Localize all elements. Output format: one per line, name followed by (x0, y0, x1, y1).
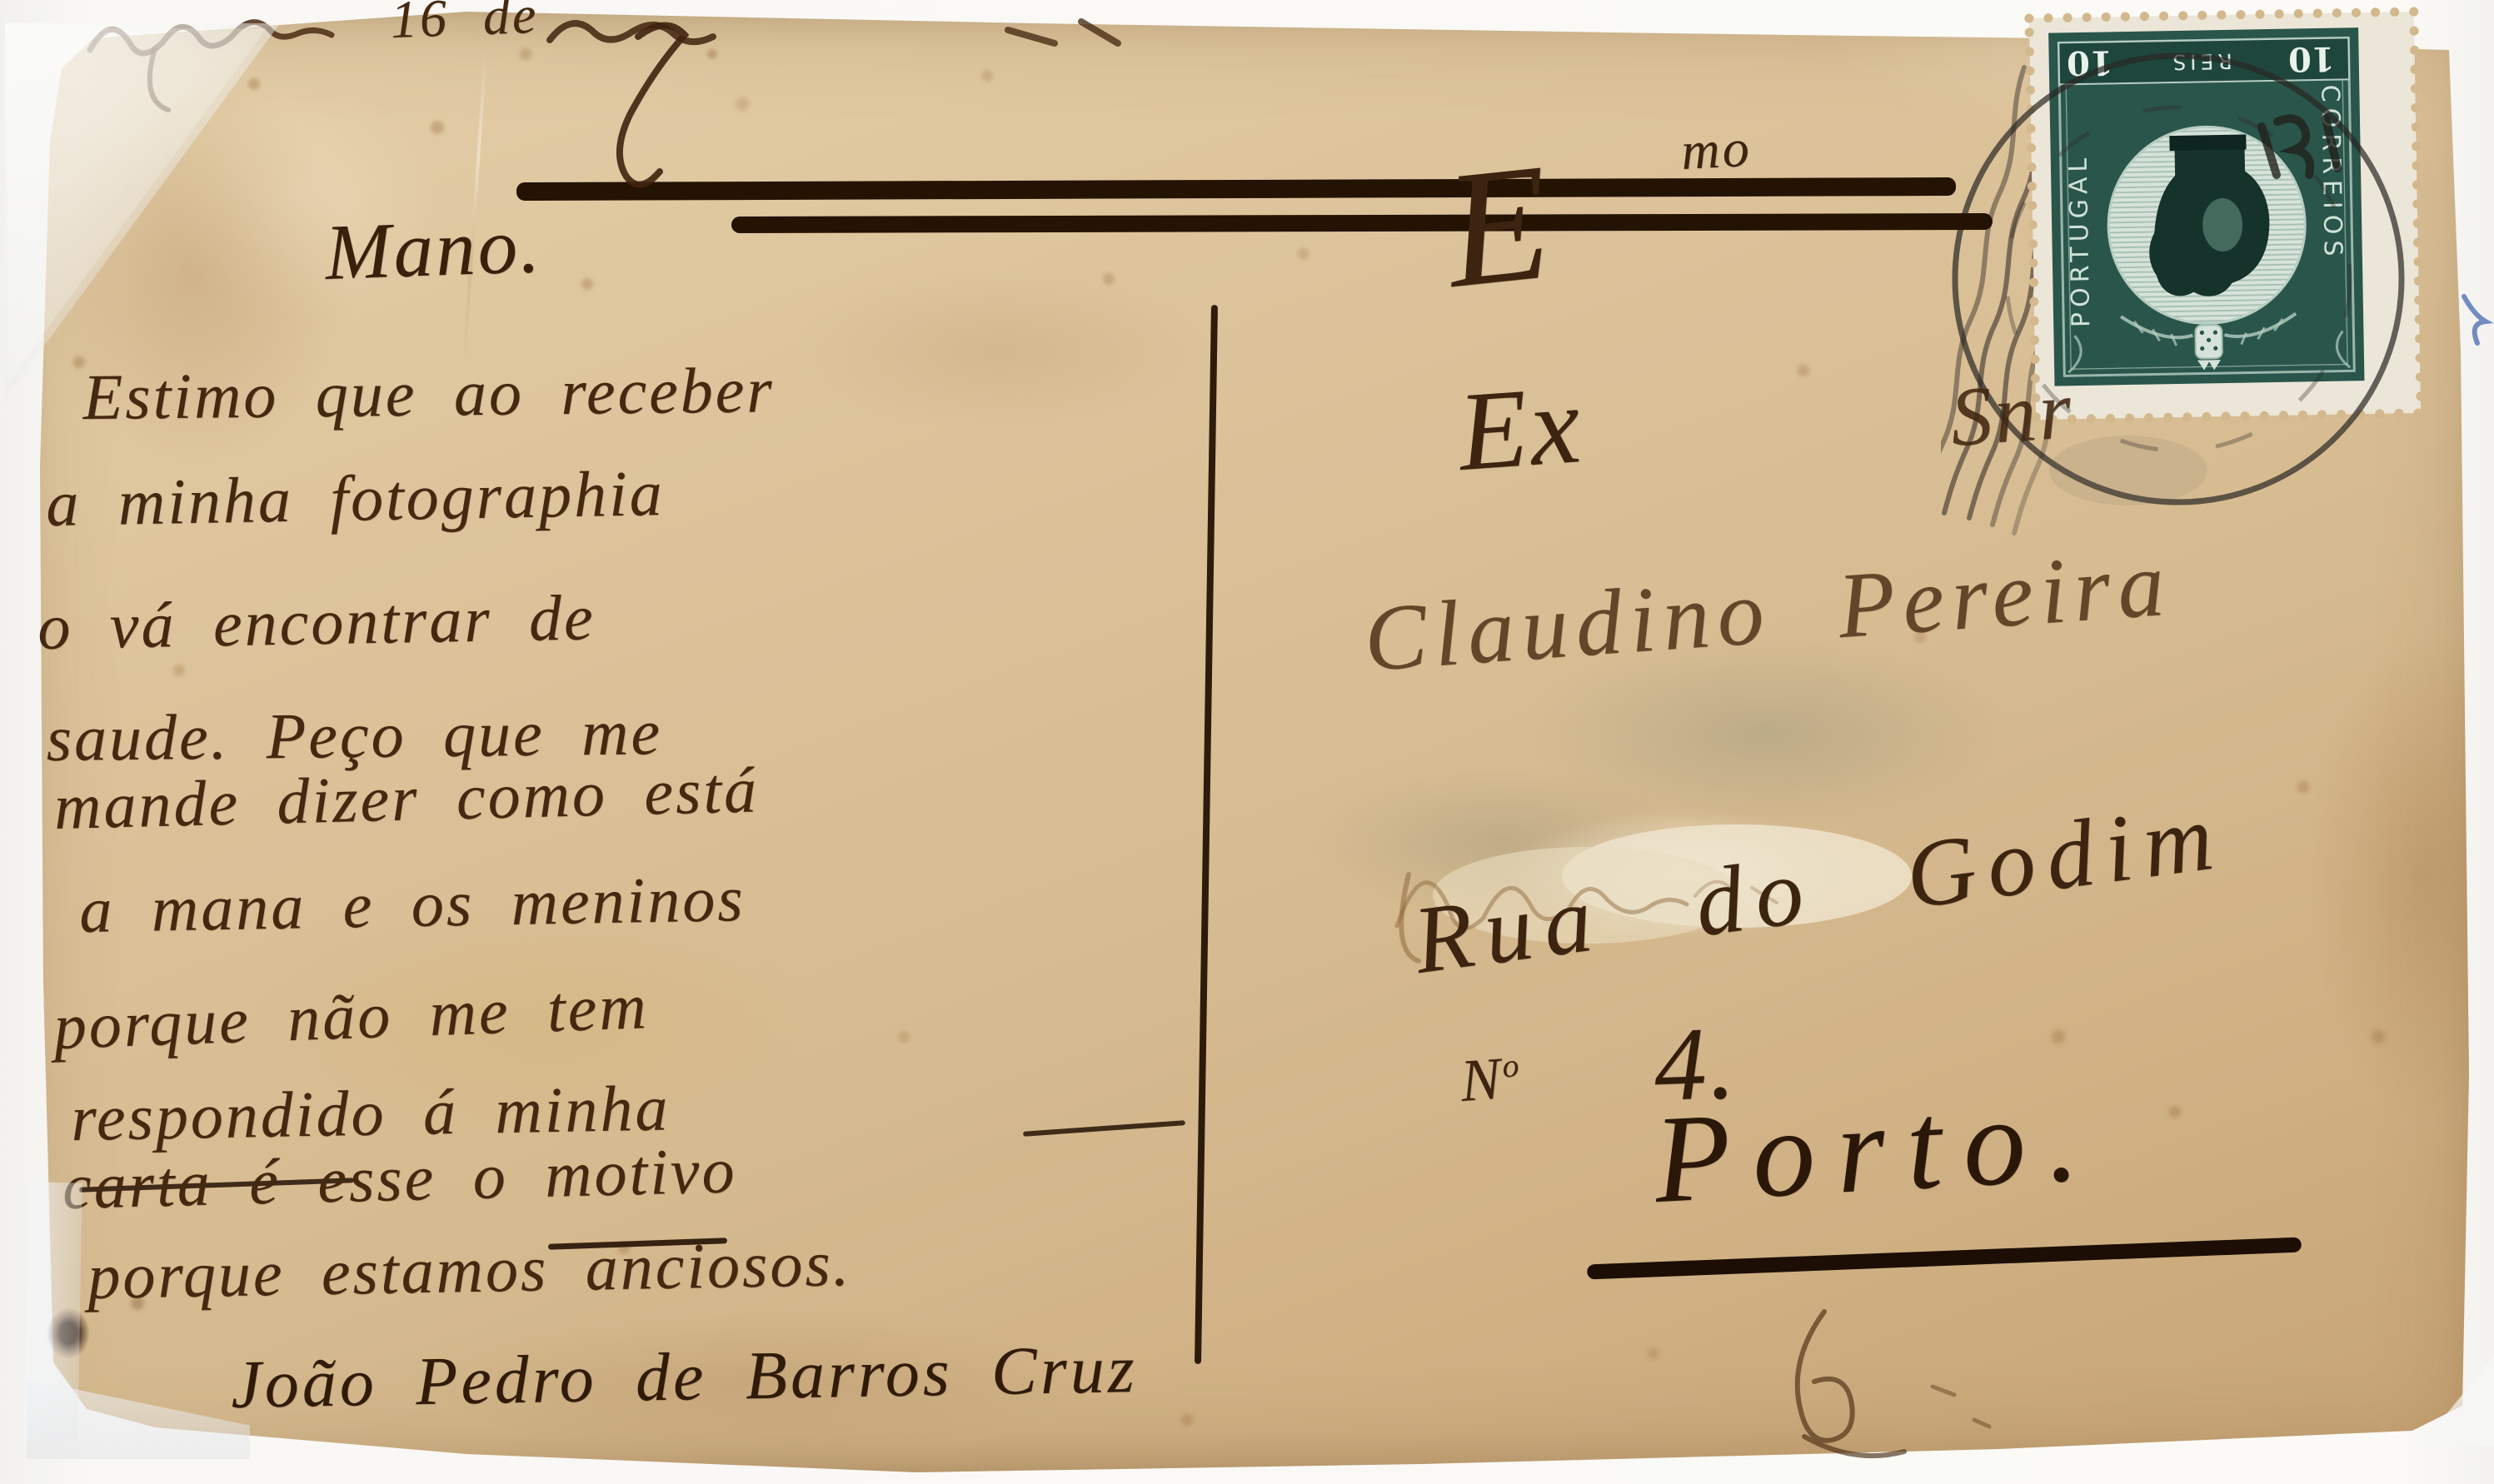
honorific-superscript: mo (1680, 122, 1753, 178)
foxing-spots (0, 0, 8, 8)
signature: João Pedro de Barros Cruz (231, 1335, 1139, 1419)
message-line: porque estamos anciosos. (87, 1231, 852, 1309)
postage-stamp: CORREIOS PORTUGAL 10 REIS 10 (1941, 0, 2494, 583)
city: Porto. (1651, 1074, 2102, 1223)
message-line: a mana e os meninos (79, 866, 746, 943)
honorific-initial: E (1439, 138, 1559, 315)
date-line: 16 de (390, 0, 540, 47)
stamp-country-label: PORTUGAL (2064, 153, 2097, 328)
message-line: mande dizer como está (53, 757, 760, 839)
postcard-scan: 16 de Mano. Estimo que ao receber a minh… (0, 0, 2494, 1484)
number-ordinal: o (1501, 1047, 1523, 1084)
honorific-third: Snr (1948, 368, 2077, 460)
stamp-service-label: CORREIOS (2315, 84, 2347, 261)
date-flourish-right (541, 0, 1141, 200)
street-number: No (1459, 1047, 1524, 1111)
salutation: Mano. (324, 206, 544, 292)
stamp-value-left: 10 (2288, 39, 2335, 79)
message-line: o vá encontrar de (37, 585, 596, 660)
number-n: N (1459, 1045, 1505, 1114)
honorific-second: Ex (1455, 368, 1586, 489)
message-line: a minha fotographia (46, 461, 666, 536)
message-line: carta é esse o motivo (62, 1138, 737, 1219)
rubric-flourish (1724, 1287, 2058, 1484)
blue-ink-mark (2464, 296, 2486, 343)
message-line: Estimo que ao receber (82, 357, 775, 430)
header-rule-bottom (731, 213, 1993, 233)
